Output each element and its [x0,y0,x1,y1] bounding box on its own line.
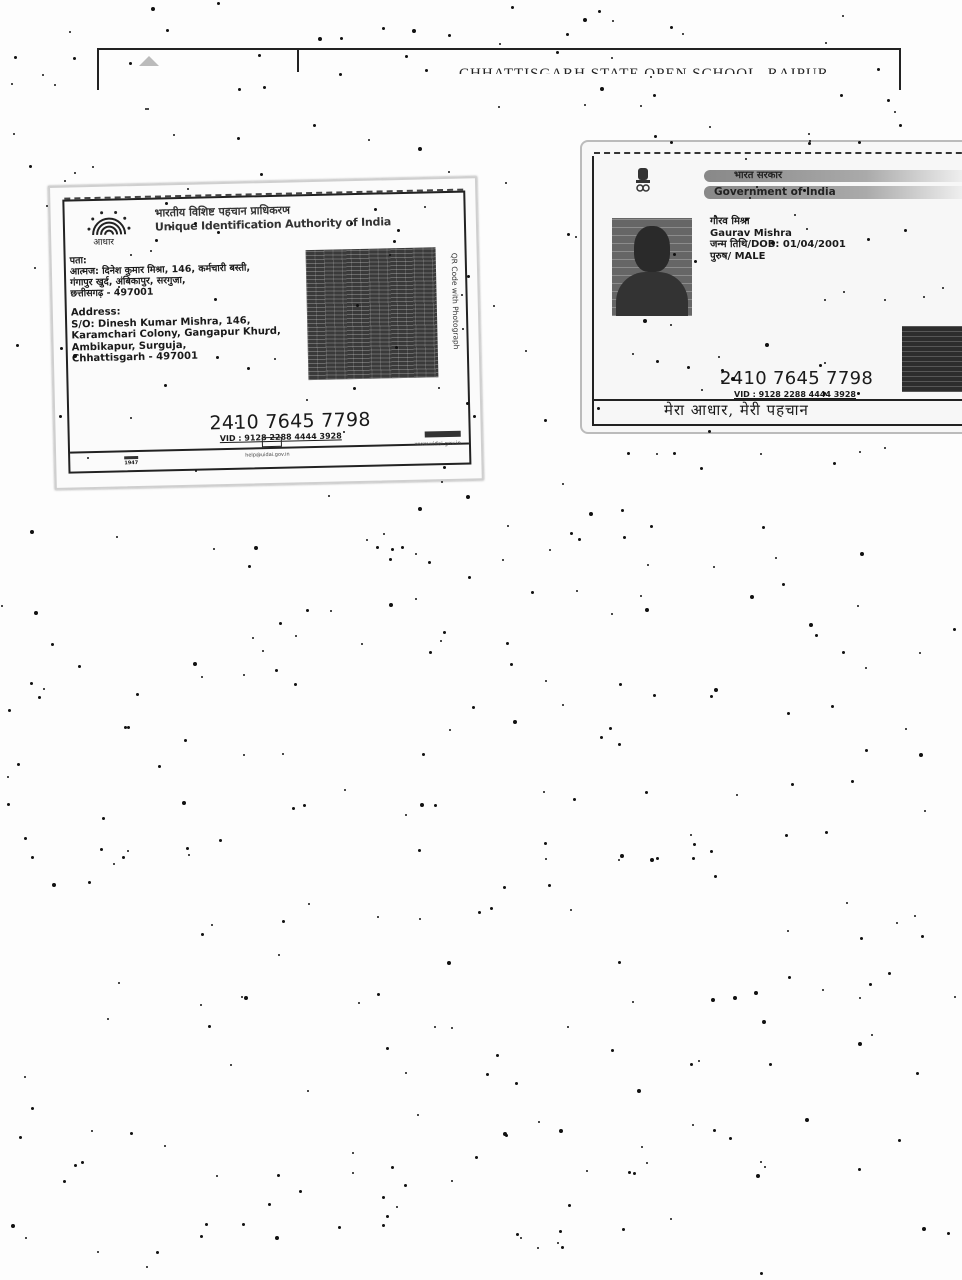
noise-speck [107,1018,109,1020]
noise-speck [122,856,125,859]
noise-speck [78,665,81,668]
noise-speck [238,88,241,91]
noise-speck [382,1196,385,1199]
noise-speck [543,791,545,793]
noise-speck [597,407,600,410]
noise-speck [559,1129,563,1133]
noise-speck [43,688,45,690]
noise-speck [618,961,621,964]
noise-speck [896,922,898,924]
noise-speck [466,402,469,405]
noise-speck [583,18,587,22]
qr-caption: QR Code with Photograph [450,253,461,350]
noise-speck [559,1230,562,1233]
noise-speck [282,753,284,755]
noise-speck [383,533,385,535]
noise-speck [412,29,416,33]
noise-speck [762,1020,766,1024]
noise-speck [74,1164,77,1167]
noise-speck [118,982,120,984]
noise-speck [97,1251,99,1253]
noise-speck [721,369,724,372]
noise-speck [670,1218,672,1220]
noise-speck [419,918,421,920]
noise-speck [401,546,404,549]
noise-speck [498,106,500,108]
aadhaar-number: 2410 7645 7798 [209,409,371,435]
noise-speck [440,640,442,642]
noise-speck [647,564,649,566]
noise-speck [130,1132,133,1135]
noise-speck [544,842,547,845]
noise-speck [782,583,785,586]
noise-speck [422,753,425,756]
noise-speck [787,712,790,715]
noise-speck [405,814,407,816]
noise-speck [292,807,295,810]
noise-speck [420,803,424,807]
noise-speck [589,512,593,516]
noise-speck [350,222,353,225]
noise-speck [158,765,161,768]
noise-speck [352,1172,354,1174]
noise-speck [507,525,509,527]
noise-speck [382,1224,385,1227]
noise-speck [619,683,622,686]
noise-speck [694,260,697,263]
noise-speck [358,1002,360,1004]
noise-speck [475,1156,478,1159]
noise-speck [623,536,626,539]
noise-speck [391,548,394,551]
noise-speck [81,1161,84,1164]
noise-speck [116,536,118,538]
noise-speck [505,1134,508,1137]
noise-speck [136,693,139,696]
noise-speck [59,415,62,418]
noise-speck [520,1237,522,1239]
noise-speck [640,105,642,107]
noise-speck [377,916,379,918]
noise-speck [840,94,843,97]
noise-speck [88,881,91,884]
noise-speck [749,197,751,199]
noise-speck [303,804,306,807]
noise-speck [164,1145,166,1147]
noise-speck [894,111,896,113]
noise-speck [443,631,446,634]
noise-speck [377,993,380,996]
holder-name-hindi: गौरव मिश्रा [710,216,846,228]
web-badge-icon [425,431,461,438]
noise-speck [698,1060,700,1062]
noise-speck [195,470,197,472]
noise-speck [214,298,217,301]
noise-speck [395,346,398,349]
form-title: CHHATTISGARH STATE OPEN SCHOOL, RAIPUR [459,64,829,74]
website: www.uidai.gov.in [415,441,461,448]
noise-speck [513,720,517,724]
noise-speck [921,935,924,938]
noise-speck [34,611,38,615]
noise-speck [673,452,676,455]
noise-speck [299,1190,302,1193]
noise-speck [954,996,956,998]
noise-speck [869,983,872,986]
noise-speck [791,783,794,786]
noise-speck [621,509,624,512]
noise-speck [515,1082,518,1085]
noise-speck [376,546,379,549]
noise-speck [859,451,861,453]
noise-speck [216,356,219,359]
noise-speck [338,1226,341,1229]
noise-speck [865,749,868,752]
noise-speck [486,1073,489,1076]
noise-speck [7,776,9,778]
noise-speck [389,254,391,256]
noise-speck [692,857,695,860]
noise-speck [74,172,76,174]
help-email: help@uidai.gov.in [245,452,290,459]
noise-speck [424,206,426,208]
noise-speck [919,652,921,654]
noise-speck [865,667,867,669]
noise-speck [825,831,828,834]
noise-speck [213,548,215,550]
noise-speck [340,37,343,40]
noise-speck [670,141,673,144]
noise-speck [815,634,818,637]
noise-speck [656,453,658,455]
noise-speck [600,87,604,91]
noise-speck [147,108,149,110]
noise-speck [173,134,175,136]
aadhaar-card-front: भारत सरकार Government of India गौरव मिश्… [580,140,962,434]
noise-speck [330,610,332,612]
noise-speck [584,104,586,106]
noise-speck [102,817,105,820]
noise-speck [506,642,509,645]
noise-speck [690,834,692,836]
noise-speck [241,996,243,998]
noise-speck [611,613,613,615]
noise-speck [418,147,422,151]
noise-speck [145,108,147,110]
noise-speck [352,1152,354,1154]
noise-speck [17,763,20,766]
noise-speck [851,780,854,783]
noise-speck [808,133,810,135]
noise-speck [871,1034,873,1036]
noise-speck [899,124,902,127]
noise-speck [654,135,657,138]
noise-speck [769,1063,772,1066]
noise-speck [16,344,19,347]
noise-speck [609,727,612,730]
noise-speck [846,902,848,904]
noise-speck [632,353,634,355]
noise-speck [415,598,417,600]
noise-speck [656,857,659,860]
noise-speck [279,622,282,625]
noise-speck [576,590,578,592]
noise-speck [612,20,614,22]
noise-speck [217,231,220,234]
noise-speck [31,856,34,859]
noise-speck [405,55,408,58]
noise-speck [670,324,672,326]
noise-speck [24,837,27,840]
aadhaar-logo-label: आधार [93,235,114,248]
noise-speck [13,133,15,135]
qr-code [306,247,439,380]
photo-body [616,272,688,316]
noise-speck [438,387,440,389]
noise-speck [8,709,11,712]
noise-speck [645,791,648,794]
noise-speck [650,76,652,78]
noise-speck [200,1235,203,1238]
noise-speck [313,124,316,127]
noise-speck [443,466,446,469]
gov-english: Government of India [704,186,962,199]
noise-speck [785,834,788,837]
noise-speck [242,1223,245,1226]
noise-speck [905,728,907,730]
noise-speck [575,236,577,238]
noise-speck [260,173,263,176]
noise-speck [567,1026,569,1028]
noise-speck [860,937,863,940]
holder-details: गौरव मिश्रा Gaurav Mishra जन्म तिथि/DOB:… [710,216,846,262]
noise-speck [262,650,264,652]
noise-speck [919,753,923,757]
noise-speck [328,495,330,497]
noise-speck [805,1118,809,1122]
noise-speck [308,903,310,905]
noise-speck [760,1161,762,1163]
noise-speck [130,417,132,419]
noise-speck [754,991,758,995]
noise-speck [449,729,451,731]
noise-speck [775,557,777,559]
noise-speck [73,354,77,358]
noise-speck [687,366,690,369]
noise-speck [505,182,507,184]
noise-speck [570,532,573,535]
noise-speck [318,37,322,41]
noise-speck [265,333,267,335]
noise-speck [721,380,723,382]
noise-speck [466,495,470,499]
address-english: Address: S/O: Dinesh Kumar Mishra, 146, … [71,303,282,365]
noise-speck [573,798,576,801]
noise-speck [808,142,811,145]
noise-speck [650,858,654,862]
holder-photo [612,218,692,316]
noise-speck [391,1166,394,1169]
noise-speck [711,998,715,1002]
noise-speck [556,51,559,54]
noise-speck [42,74,44,76]
noise-speck [884,299,886,301]
noise-speck [368,139,370,141]
noise-speck [30,682,33,685]
noise-speck [268,1203,271,1206]
noise-speck [38,696,41,699]
noise-speck [904,229,907,232]
noise-speck [762,526,765,529]
noise-speck [425,69,428,72]
noise-speck [803,189,806,192]
holder-gender: पुरुष/ MALE [710,251,846,263]
noise-speck [764,1166,766,1168]
noise-speck [922,1227,926,1231]
noise-speck [756,1174,760,1178]
noise-speck [771,241,775,245]
noise-speck [548,884,551,887]
noise-speck [914,915,916,917]
noise-speck [710,850,713,853]
noise-speck [622,1228,625,1231]
noise-speck [14,56,17,59]
noise-speck [25,1237,27,1239]
noise-speck [118,286,120,288]
noise-speck [184,739,187,742]
noise-speck [30,530,34,534]
noise-speck [428,561,431,564]
noise-speck [867,238,870,241]
footer-logo: 1947 [124,456,138,466]
noise-speck [887,99,890,102]
noise-speck [618,859,620,861]
noise-speck [713,1129,716,1132]
noise-speck [275,669,278,672]
noise-speck [947,1232,950,1235]
noise-speck [578,538,581,541]
noise-speck [567,233,570,236]
noise-speck [64,180,66,182]
noise-speck [537,1247,539,1249]
noise-speck [205,1223,208,1226]
card-front-border: भारत सरकार Government of India गौरव मिश्… [592,156,962,426]
noise-speck [294,683,297,686]
noise-speck [127,850,129,852]
noise-speck [113,863,115,865]
noise-speck [645,608,649,612]
noise-speck [434,804,437,807]
noise-speck [156,1251,159,1254]
noise-speck [857,605,859,607]
front-qr-code [902,326,962,392]
noise-speck [713,566,715,568]
noise-speck [736,794,738,796]
noise-speck [243,754,245,756]
noise-speck [819,364,822,367]
noise-speck [472,706,475,709]
noise-speck [248,565,251,568]
noise-speck [278,954,280,956]
noise-speck [287,209,289,211]
noise-speck [386,1215,389,1218]
noise-speck [637,1089,641,1093]
noise-speck [857,392,860,395]
noise-speck [366,539,368,541]
noise-speck [34,267,36,269]
noise-speck [822,989,824,991]
noise-speck [729,1137,732,1140]
noise-speck [833,462,836,465]
noise-speck [307,1090,309,1092]
noise-speck [953,628,956,631]
noise-speck [628,1171,631,1174]
noise-speck [531,591,534,594]
noise-speck [557,1242,559,1244]
noise-speck [898,1139,901,1142]
noise-speck [760,453,762,455]
noise-speck [510,663,513,666]
noise-speck [745,218,748,221]
noise-speck [545,680,547,682]
noise-speck [24,1076,26,1078]
noise-speck [54,84,56,86]
noise-speck [165,202,168,205]
noise-speck [788,976,791,979]
noise-speck [211,924,213,926]
gov-hindi: भारत सरकार [704,170,962,182]
noise-speck [562,483,564,485]
aadhaar-logo-icon: आधार [85,210,134,247]
noise-speck [731,377,735,381]
noise-speck [650,525,653,528]
noise-speck [566,33,569,36]
noise-speck [418,507,422,511]
noise-speck [656,360,659,363]
noise-speck [760,1272,763,1275]
noise-speck [219,839,222,842]
noise-speck [806,228,808,230]
noise-speck [502,559,504,561]
noise-speck [462,328,464,330]
noise-speck [693,843,696,846]
noise-speck [745,158,747,160]
noise-speck [562,704,564,706]
noise-speck [277,1174,280,1177]
noise-speck [468,576,471,579]
noise-speck [19,1136,22,1139]
noise-speck [451,1180,453,1182]
noise-speck [888,972,891,975]
noise-speck [429,651,432,654]
noise-speck [1,605,3,607]
noise-speck [60,347,63,350]
noise-speck [396,1206,398,1208]
noise-speck [451,1027,453,1029]
noise-speck [586,1170,588,1172]
aadhaar-tagline: मेरा आधार, मेरी पहचान [664,400,809,420]
noise-speck [374,208,377,211]
form-header-frame: CHHATTISGARH STATE OPEN SCHOOL, RAIPUR [97,48,901,90]
noise-speck [46,205,48,207]
noise-speck [361,643,363,645]
frame-divider [297,50,299,72]
noise-speck [916,1072,919,1075]
noise-speck [87,457,89,459]
aadhaar-number: 2410 7645 7798 [720,368,873,389]
noise-speck [448,171,450,173]
noise-speck [461,294,463,296]
